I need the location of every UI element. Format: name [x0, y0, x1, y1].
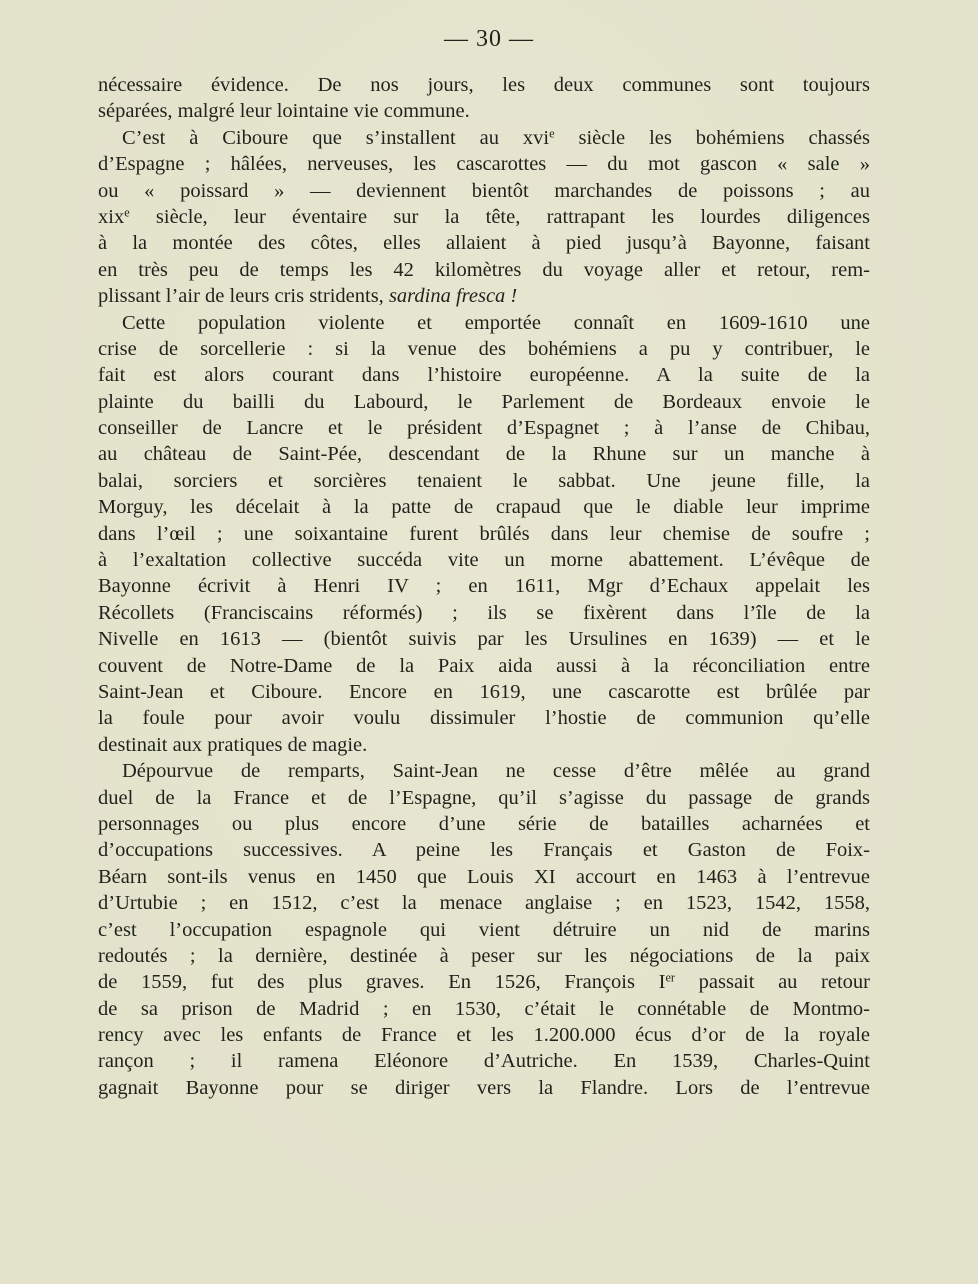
text-line: c’est l’occupation espagnole qui vient d…: [98, 917, 870, 943]
page-number: — 30 —: [0, 26, 978, 53]
text-line: conseiller de Lancre et le président d’E…: [98, 415, 870, 441]
text-line: Cette population violente et emportée co…: [98, 310, 870, 336]
text-line: gagnait Bayonne pour se diriger vers la …: [98, 1075, 870, 1101]
text-line: de sa prison de Madrid ; en 1530, c’étai…: [98, 996, 870, 1022]
line-fragment: xix: [98, 206, 124, 228]
paragraph-remparts: Dépourvue de remparts, Saint-Jean ne ces…: [98, 758, 870, 1101]
italic-phrase: sardina fresca !: [389, 285, 517, 307]
paragraph-cascarottes: C’est à Ciboure que s’installent au xvie…: [98, 125, 870, 310]
text-line: à la montée des côtes, elles allaient à …: [98, 230, 870, 256]
text-line: duel de la France et de l’Espagne, qu’il…: [98, 785, 870, 811]
text-line: rançon ; il ramena Eléonore d’Autriche. …: [98, 1048, 870, 1074]
text-line: ou « poissard » — deviennent bientôt mar…: [98, 178, 870, 204]
line-fragment: plissant l’air de leurs cris stridents,: [98, 285, 384, 307]
text-line: Saint-Jean et Ciboure. Encore en 1619, u…: [98, 679, 870, 705]
line-fragment: siècle les bohémiens chassés: [555, 127, 870, 149]
text-line: balai, sorciers et sorcières tenaient le…: [98, 468, 870, 494]
text-line: Morguy, les décelait à la patte de crapa…: [98, 494, 870, 520]
text-line: dans l’œil ; une soixantaine furent brûl…: [98, 521, 870, 547]
body-text: nécessaire évidence. De nos jours, les d…: [98, 72, 870, 1101]
document-page: — 30 — nécessaire évidence. De nos jours…: [0, 0, 978, 1284]
paragraph-continuation: nécessaire évidence. De nos jours, les d…: [98, 72, 870, 125]
text-line: Nivelle en 1613 — (bientôt suivis par le…: [98, 626, 870, 652]
text-line: séparées, malgré leur lointaine vie comm…: [98, 98, 870, 124]
text-line: de 1559, fut des plus graves. En 1526, F…: [98, 969, 870, 995]
text-line: plissant l’air de leurs cris stridents, …: [98, 283, 870, 309]
text-line: d’Espagne ; hâlées, nerveuses, les casca…: [98, 151, 870, 177]
text-line: redoutés ; la dernière, destinée à peser…: [98, 943, 870, 969]
text-line: rency avec les enfants de France et les …: [98, 1022, 870, 1048]
text-line: Béarn sont-ils venus en 1450 que Louis X…: [98, 864, 870, 890]
text-line: xixe siècle, leur éventaire sur la tête,…: [98, 204, 870, 230]
line-fragment: siècle, leur éventaire sur la tête, ratt…: [130, 206, 870, 228]
text-line: plainte du bailli du Labourd, le Parleme…: [98, 389, 870, 415]
line-fragment: C’est à Ciboure que s’installent au xvi: [122, 127, 549, 149]
text-line: en très peu de temps les 42 kilomètres d…: [98, 257, 870, 283]
text-line: d’Urtubie ; en 1512, c’est la menace ang…: [98, 890, 870, 916]
text-line: au château de Saint-Pée, descendant de l…: [98, 441, 870, 467]
text-line: Dépourvue de remparts, Saint-Jean ne ces…: [98, 758, 870, 784]
text-line: Récollets (Franciscains réformés) ; ils …: [98, 600, 870, 626]
text-line: crise de sorcellerie : si la venue des b…: [98, 336, 870, 362]
paragraph-sorcellerie: Cette population violente et emportée co…: [98, 310, 870, 759]
text-line: à l’exaltation collective succéda vite u…: [98, 547, 870, 573]
superscript: er: [665, 971, 675, 985]
text-line: nécessaire évidence. De nos jours, les d…: [98, 72, 870, 98]
text-line: la foule pour avoir voulu dissimuler l’h…: [98, 705, 870, 731]
text-line: Bayonne écrivit à Henri IV ; en 1611, Mg…: [98, 573, 870, 599]
text-line: personnages ou plus encore d’une série d…: [98, 811, 870, 837]
text-line: fait est alors courant dans l’histoire e…: [98, 362, 870, 388]
line-fragment: de 1559, fut des plus graves. En 1526, F…: [98, 971, 665, 993]
text-line: couvent de Notre-Dame de la Paix aida au…: [98, 653, 870, 679]
text-line: destinait aux pratiques de magie.: [98, 732, 870, 758]
line-fragment: passait au retour: [675, 971, 870, 993]
text-line: d’occupations successives. A peine les F…: [98, 837, 870, 863]
text-line: C’est à Ciboure que s’installent au xvie…: [98, 125, 870, 151]
line-text: C’est à Ciboure que s’installent au xvie…: [122, 127, 870, 149]
